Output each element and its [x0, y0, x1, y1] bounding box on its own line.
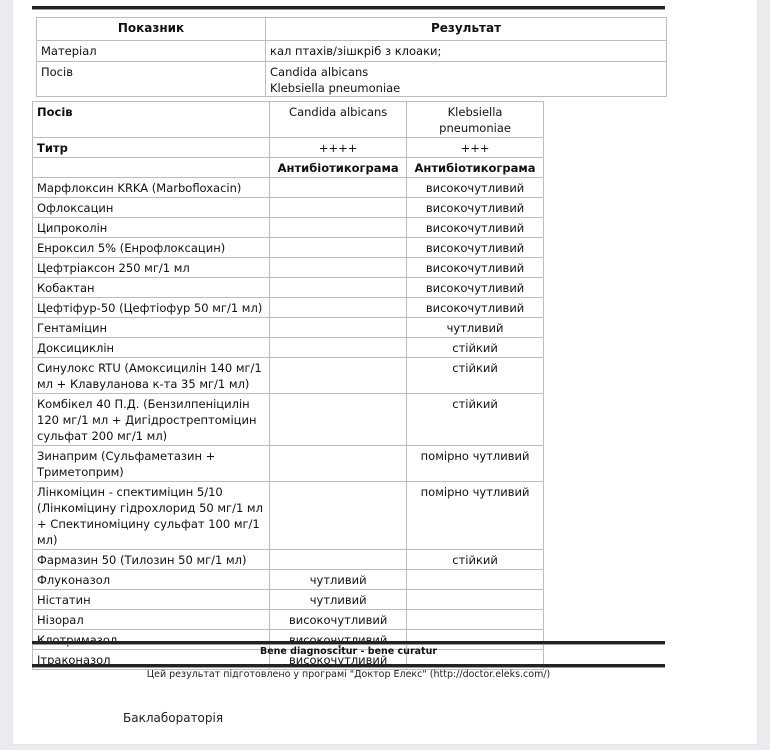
drug-row: Кобактанвисокочутливий: [33, 278, 544, 298]
drug-name: Доксициклін: [33, 338, 270, 358]
drug-name: Цефтіфур-50 (Цефтіофур 50 мг/1 мл): [33, 298, 270, 318]
drug-name: Комбікел 40 П.Д. (Бензилпеніцилін 120 мг…: [33, 394, 270, 446]
klebsiella-sensitivity: стійкий: [407, 358, 544, 394]
drug-row: Нізоралвисокочутливий: [33, 610, 544, 630]
drug-row: Флуконазолчутливий: [33, 570, 544, 590]
drug-name: Гентаміцин: [33, 318, 270, 338]
klebsiella-sensitivity: високочутливий: [407, 238, 544, 258]
organism-candida: Candida albicans: [270, 102, 407, 138]
klebsiella-sensitivity: помірно чутливий: [407, 482, 544, 550]
drug-row: Лінкоміцин - спектиміцин 5/10 (Лінкоміци…: [33, 482, 544, 550]
klebsiella-sensitivity: чутливий: [407, 318, 544, 338]
klebsiella-sensitivity: високочутливий: [407, 298, 544, 318]
candida-sensitivity: [270, 550, 407, 570]
candida-sensitivity: [270, 278, 407, 298]
klebsiella-sensitivity: стійкий: [407, 550, 544, 570]
drug-name: Цефтріаксон 250 мг/1 мл: [33, 258, 270, 278]
drug-name: Нізорал: [33, 610, 270, 630]
candida-sensitivity: високочутливий: [270, 610, 407, 630]
organism-klebsiella: Klebsiella pneumoniae: [407, 102, 544, 138]
drug-row: Марфлоксин KRKA (Marbofloxacin)високочут…: [33, 178, 544, 198]
drug-name: Зинаприм (Сульфаметазин + Триметоприм): [33, 446, 270, 482]
drug-row: Доксициклінстійкий: [33, 338, 544, 358]
titer-klebsiella: +++: [407, 138, 544, 158]
drug-row: Ністатинчутливий: [33, 590, 544, 610]
candida-sensitivity: [270, 198, 407, 218]
antibiogram-table: Посів Candida albicans Klebsiella pneumo…: [32, 101, 544, 670]
titer-label: Титр: [33, 138, 270, 158]
header-indicator: Показник: [37, 18, 266, 41]
klebsiella-sensitivity: високочутливий: [407, 218, 544, 238]
candida-sensitivity: [270, 446, 407, 482]
drug-name: Енроксил 5% (Енрофлоксацин): [33, 238, 270, 258]
drug-row: Фармазин 50 (Тилозин 50 мг/1 мл)стійкий: [33, 550, 544, 570]
candida-sensitivity: [270, 482, 407, 550]
drug-row: Ципроколінвисокочутливий: [33, 218, 544, 238]
culture-row-label: Посів: [33, 102, 270, 138]
klebsiella-sensitivity: помірно чутливий: [407, 446, 544, 482]
lab-name: Баклабораторія: [123, 711, 223, 725]
klebsiella-sensitivity: високочутливий: [407, 258, 544, 278]
drug-row: Синулокс RTU (Амоксицилін 140 мг/1 мл + …: [33, 358, 544, 394]
culture-label: Посів: [37, 62, 266, 97]
summary-table: Показник Результат Матеріал кал птахів/з…: [36, 17, 667, 97]
top-divider: [32, 6, 665, 10]
candida-sensitivity: [270, 394, 407, 446]
drug-row: Офлоксацинвисокочутливий: [33, 198, 544, 218]
drug-name: Синулокс RTU (Амоксицилін 140 мг/1 мл + …: [33, 358, 270, 394]
summary-header-row: Показник Результат: [37, 18, 667, 41]
culture-value: Candida albicans Klebsiella pneumoniae: [266, 62, 667, 97]
klebsiella-sensitivity: стійкий: [407, 394, 544, 446]
antibiogram-heading-candida: Антибіотикограма: [270, 158, 407, 178]
candida-sensitivity: [270, 338, 407, 358]
klebsiella-sensitivity: високочутливий: [407, 278, 544, 298]
empty-cell: [33, 158, 270, 178]
antibiogram-heading-row: Антибіотикограма Антибіотикограма: [33, 158, 544, 178]
footer-software-note: Цей результат підготовлено у програмі "Д…: [32, 669, 665, 680]
drug-name: Ципроколін: [33, 218, 270, 238]
culture-row: Посів Candida albicans Klebsiella pneumo…: [33, 102, 544, 138]
titer-candida: ++++: [270, 138, 407, 158]
drug-name: Кобактан: [33, 278, 270, 298]
titer-row: Титр ++++ +++: [33, 138, 544, 158]
drug-name: Марфлоксин KRKA (Marbofloxacin): [33, 178, 270, 198]
culture-organism-2: Klebsiella pneumoniae: [270, 80, 662, 96]
klebsiella-sensitivity: високочутливий: [407, 178, 544, 198]
candida-sensitivity: чутливий: [270, 570, 407, 590]
header-result: Результат: [266, 18, 667, 41]
klebsiella-sensitivity: [407, 610, 544, 630]
drug-row: Цефтіфур-50 (Цефтіофур 50 мг/1 мл)високо…: [33, 298, 544, 318]
candida-sensitivity: [270, 258, 407, 278]
culture-organism-1: Candida albicans: [270, 64, 662, 80]
drug-row: Гентаміцинчутливий: [33, 318, 544, 338]
candida-sensitivity: чутливий: [270, 590, 407, 610]
klebsiella-sensitivity: високочутливий: [407, 198, 544, 218]
candida-sensitivity: [270, 298, 407, 318]
drug-name: Фармазин 50 (Тилозин 50 мг/1 мл): [33, 550, 270, 570]
antibiogram-heading-klebsiella: Антибіотикограма: [407, 158, 544, 178]
material-label: Матеріал: [37, 41, 266, 62]
candida-sensitivity: [270, 218, 407, 238]
candida-sensitivity: [270, 238, 407, 258]
summary-row-culture: Посів Candida albicans Klebsiella pneumo…: [37, 62, 667, 97]
material-value: кал птахів/зішкріб з клоаки;: [266, 41, 667, 62]
drug-row: Енроксил 5% (Енрофлоксацин)високочутливи…: [33, 238, 544, 258]
candida-sensitivity: [270, 358, 407, 394]
drug-row: Комбікел 40 П.Д. (Бензилпеніцилін 120 мг…: [33, 394, 544, 446]
klebsiella-sensitivity: [407, 590, 544, 610]
drug-name: Лінкоміцин - спектиміцин 5/10 (Лінкоміци…: [33, 482, 270, 550]
summary-row-material: Матеріал кал птахів/зішкріб з клоаки;: [37, 41, 667, 62]
drug-row: Зинаприм (Сульфаметазин + Триметоприм)по…: [33, 446, 544, 482]
klebsiella-sensitivity: [407, 570, 544, 590]
footer-divider-bottom: [32, 664, 665, 668]
candida-sensitivity: [270, 318, 407, 338]
candida-sensitivity: [270, 178, 407, 198]
drug-name: Флуконазол: [33, 570, 270, 590]
drug-name: Ністатин: [33, 590, 270, 610]
drug-row: Цефтріаксон 250 мг/1 млвисокочутливий: [33, 258, 544, 278]
footer-divider-top: [32, 641, 665, 645]
footer-motto: Bene diagnoscitur - bene curatur: [32, 646, 665, 657]
report-page: Показник Результат Матеріал кал птахів/з…: [13, 0, 757, 744]
klebsiella-sensitivity: стійкий: [407, 338, 544, 358]
drug-name: Офлоксацин: [33, 198, 270, 218]
